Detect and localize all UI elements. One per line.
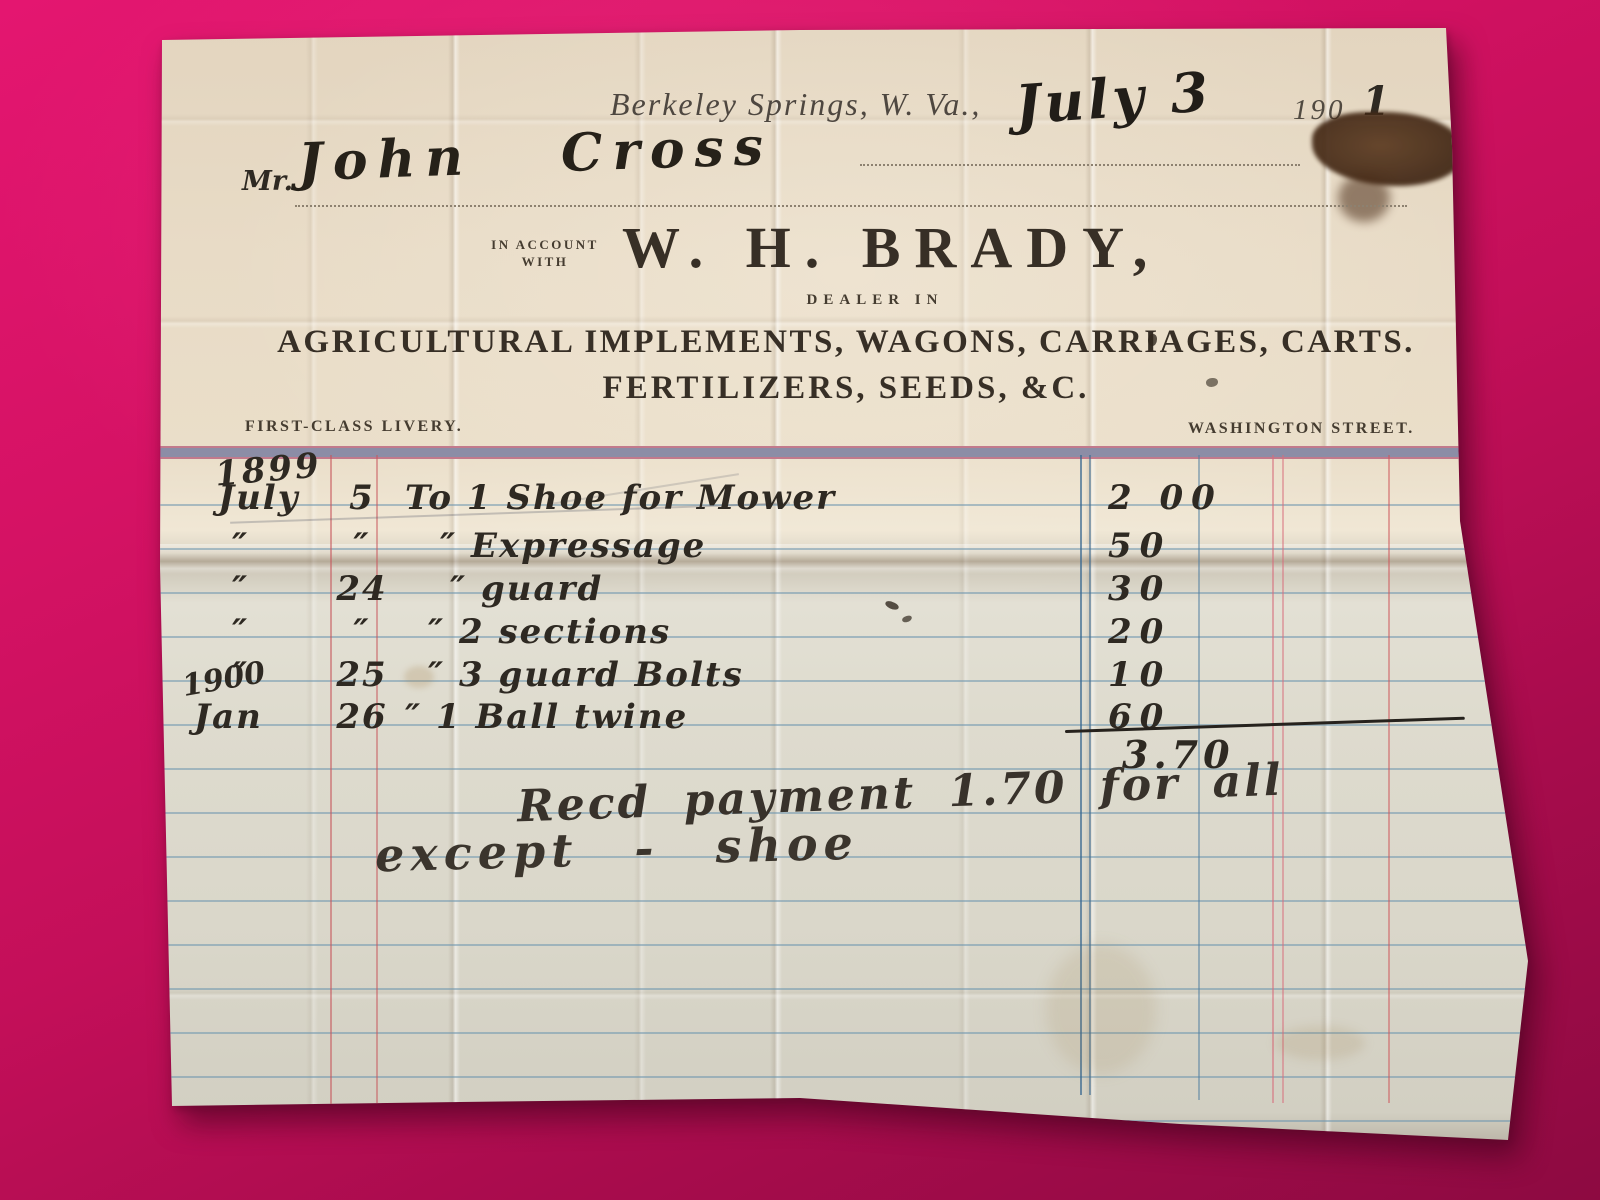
- paper-stain: [404, 666, 434, 688]
- street-note: WASHINGTON STREET.: [1188, 420, 1415, 438]
- document-paper-wrapper: Berkeley Springs, W. Va., July 3 190 1 M…: [160, 26, 1532, 1146]
- addressee-prefix: Mr.: [242, 166, 293, 197]
- ledger-row: ″ 24 ″ guard 30: [160, 569, 1532, 615]
- in-account-with-line2: WITH: [485, 253, 605, 270]
- row-day: 25: [323, 655, 401, 695]
- row-amount: 60: [1108, 697, 1258, 737]
- row-entry: ″ 1 Ball twine: [405, 697, 688, 737]
- row-day: 24: [323, 569, 401, 609]
- row-entry: ″ 2 sections: [428, 612, 671, 652]
- ledger-row: ″ ″ ″ Expressage 50: [160, 526, 1532, 572]
- ink-stain: [1312, 112, 1464, 186]
- products-line-2: FERTILIZERS, SEEDS, &C.: [160, 370, 1532, 407]
- dateline-place: Berkeley Springs, W. Va.,: [610, 86, 981, 123]
- row-month: July: [218, 478, 299, 518]
- ledger-row: Jan 26 ″ 1 Ball twine 60: [160, 697, 1532, 743]
- row-month: ″: [232, 526, 249, 566]
- dealer-in-label: DEALER IN: [675, 292, 1075, 309]
- row-amount: 10: [1108, 655, 1258, 695]
- row-entry: ″ guard: [450, 569, 603, 609]
- row-amount: 30: [1108, 569, 1258, 609]
- row-entry: ″ Expressage: [440, 526, 706, 566]
- row-entry: ″ 3 guard Bolts: [428, 655, 744, 695]
- row-day: 26: [323, 697, 401, 737]
- products-line-1: AGRICULTURAL IMPLEMENTS, WAGONS, CARRIAG…: [160, 324, 1532, 361]
- row-day: ″: [323, 612, 401, 652]
- paper-stain: [1275, 1026, 1365, 1060]
- paper-stain: [1046, 944, 1156, 1074]
- ink-stain-drip: [1338, 174, 1390, 222]
- dateline-dotted-rule: [860, 163, 1300, 166]
- addressee-dotted-rule: [295, 204, 1407, 207]
- business-name: W. H. BRADY,: [622, 214, 1161, 281]
- in-account-with-line1: IN ACCOUNT: [485, 236, 605, 253]
- photo: { "document": { "dateline": { "place": "…: [0, 0, 1600, 1200]
- row-month: ″: [232, 612, 249, 652]
- dateline-written-date: July 3: [1013, 59, 1214, 137]
- row-month: ″: [232, 569, 249, 609]
- row-amount: 2 00: [1108, 478, 1258, 518]
- ledger-row: July 5 To 1 Shoe for Mower 2 00: [160, 478, 1532, 524]
- row-entry: To 1 Shoe for Mower: [405, 478, 836, 518]
- document-paper: Berkeley Springs, W. Va., July 3 190 1 M…: [160, 26, 1532, 1146]
- ledger-row: ″ ″ ″ 2 sections 20: [160, 612, 1532, 658]
- ledger-row: ″ 25 ″ 3 guard Bolts 10: [160, 655, 1532, 701]
- row-day: ″: [323, 526, 401, 566]
- row-amount: 50: [1108, 526, 1258, 566]
- in-account-with-label: IN ACCOUNT WITH: [485, 236, 605, 270]
- livery-note: FIRST-CLASS LIVERY.: [245, 418, 463, 436]
- row-day: 5: [323, 478, 401, 518]
- row-month: Jan: [194, 697, 263, 737]
- row-amount: 20: [1108, 612, 1258, 652]
- addressee-name: John Cross: [297, 116, 774, 194]
